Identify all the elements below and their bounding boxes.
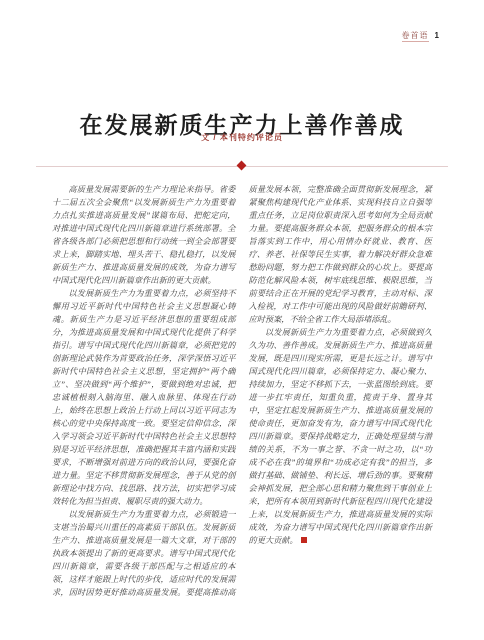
paragraph-1: 高质量发展需要新的生产力理论来指导。省委十二届五次全会聚焦“以发展新质生产力为重…	[52, 183, 236, 287]
paragraph-4-text: 以发展新质生产力为重要着力点，必须做到久久为功、善作善成。发展新质生产力、推进高…	[249, 328, 433, 545]
paragraph-4: 以发展新质生产力为重要着力点，必须做到久久为功、善作善成。发展新质生产力、推进高…	[249, 326, 433, 547]
page-number: 1	[435, 31, 440, 40]
magazine-page: 卷首语1 在发展新质生产力上善作善成 文 / 本刊特约评论员 高质量发展需要新的…	[0, 0, 484, 640]
article-body: 高质量发展需要新的生产力理论来指导。省委十二届五次全会聚焦“以发展新质生产力为重…	[52, 183, 432, 611]
divider-diamond-icon	[237, 161, 247, 171]
article-byline: 文 / 本刊特约评论员	[0, 132, 484, 143]
page-header: 卷首语1	[402, 30, 440, 41]
section-label: 卷首语	[402, 31, 429, 42]
article-end-mark-icon	[301, 537, 307, 543]
paragraph-2: 以发展新质生产力为重要着力点，必须坚持不懈用习近平新时代中国特色社会主义思想凝心…	[52, 287, 236, 508]
